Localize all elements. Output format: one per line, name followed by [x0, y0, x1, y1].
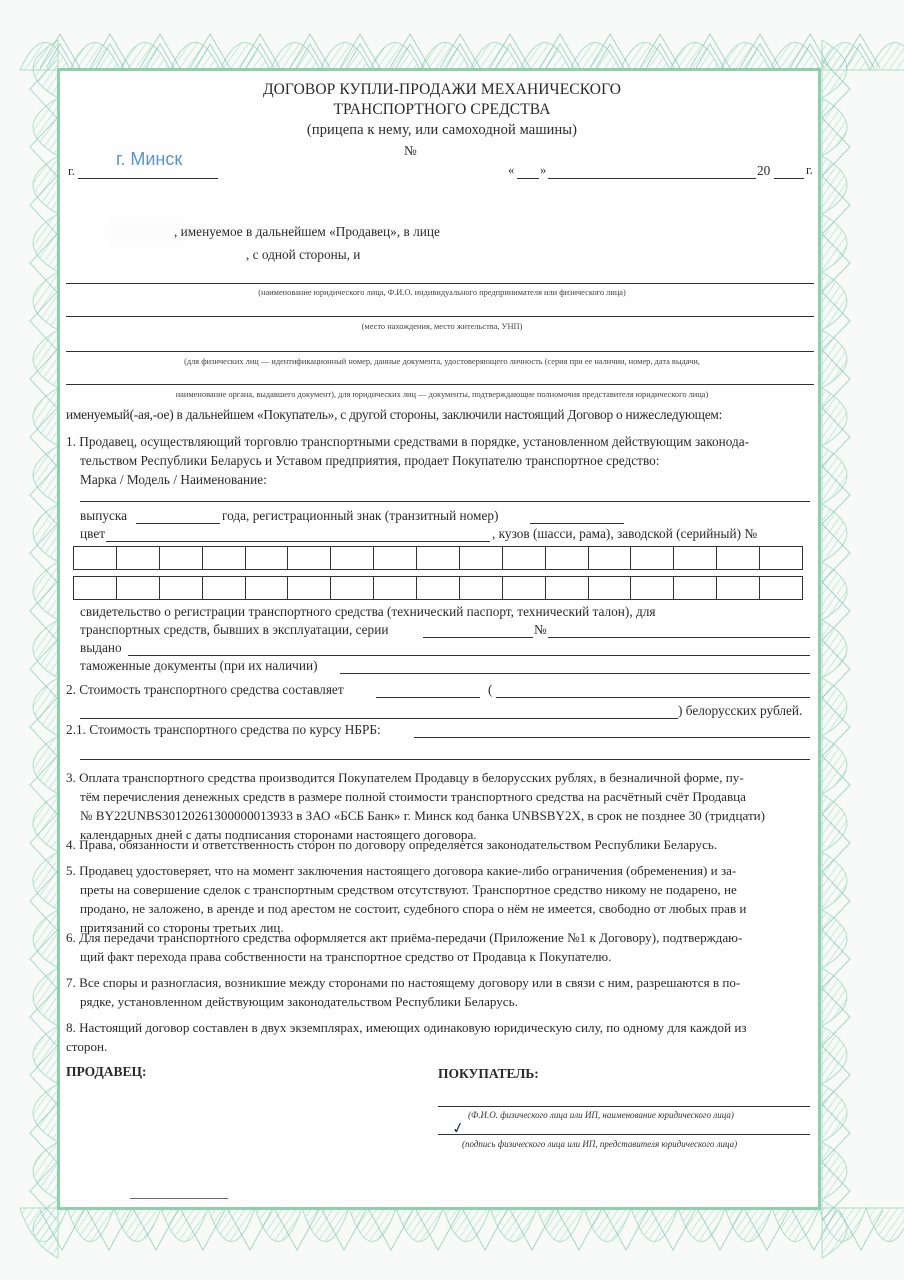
date-close-quote: »: [540, 163, 546, 178]
seller-signature-line[interactable]: [130, 1198, 228, 1199]
clause-line: продано, не заложено, в аренде и под аре…: [66, 899, 814, 918]
price-digits-line[interactable]: [376, 697, 480, 698]
vin-cell[interactable]: [203, 577, 246, 599]
clause-line: 8. Настоящий договор составлен в двух эк…: [66, 1018, 814, 1037]
clause-line: преты на совершение сделок с транспортны…: [66, 880, 814, 899]
document-frame: ДОГОВОР КУПЛИ-ПРОДАЖИ МЕХАНИЧЕСКОГО ТРАН…: [57, 68, 821, 1210]
vin-cell[interactable]: [631, 547, 674, 569]
day-line[interactable]: [517, 178, 539, 179]
buyer-intro: именуемый(-ая,-ое) в дальнейшем «Покупат…: [66, 407, 722, 423]
clause-4: 4. Права, обязанности и ответственность …: [66, 835, 814, 854]
month-line[interactable]: [548, 178, 756, 179]
issued-line[interactable]: [128, 655, 810, 656]
date-open-quote: «: [508, 163, 514, 178]
brand-label: Марка / Модель / Наименование:: [80, 472, 267, 488]
clause-2-line-1: 2. Стоимость транспортного средства сост…: [66, 682, 344, 698]
vin-cell[interactable]: [160, 547, 203, 569]
vin-cell[interactable]: [374, 577, 417, 599]
year-prefix: 20: [757, 163, 770, 179]
title-line-1: ДОГОВОР КУПЛИ-ПРОДАЖИ МЕХАНИЧЕСКОГО: [60, 81, 824, 99]
clause-1-line-1: 1. Продавец, осуществляющий торговлю тра…: [66, 434, 749, 450]
cert-series-line[interactable]: [423, 637, 533, 638]
year-of-manufacture-label: выпуска: [80, 508, 127, 524]
vin-cell[interactable]: [503, 577, 546, 599]
subtitle: (прицепа к нему, или самоходной машины): [60, 122, 824, 139]
cert-number-line[interactable]: [548, 637, 810, 638]
price-currency: ) белорусских рублей.: [678, 703, 802, 719]
vin-cell[interactable]: [246, 577, 289, 599]
cert-line-1: свидетельство о регистрации транспортног…: [80, 604, 656, 620]
price-words-line-1[interactable]: [496, 697, 810, 698]
vin-cell[interactable]: [331, 577, 374, 599]
vin-cell[interactable]: [74, 547, 117, 569]
color-label: цвет: [80, 526, 105, 542]
caption-buyer-name: (наименование юридического лица, Ф.И.О. …: [60, 288, 824, 297]
clause-line: щий факт перехода права собственности на…: [66, 947, 814, 966]
vin-cell[interactable]: [631, 577, 674, 599]
clause-6: 6. Для передачи транспортного средства о…: [66, 928, 814, 966]
vin-cell[interactable]: [674, 577, 717, 599]
caption-buyer-id-1: (для физических лиц — идентификационный …: [60, 357, 824, 366]
customs-label: таможенные документы (при их наличии): [80, 658, 318, 674]
contract-number-label: №: [404, 143, 417, 159]
year-line[interactable]: [774, 178, 804, 179]
vin-cell[interactable]: [503, 547, 546, 569]
checkmark-icon: ✓: [450, 1118, 466, 1139]
vin-box-row-2[interactable]: [73, 576, 803, 600]
brand-line[interactable]: [80, 501, 810, 502]
caption-buyer-address: (место нахождения, место жительства, УНП…: [60, 322, 824, 331]
buyer-id-line-2[interactable]: [66, 384, 814, 385]
seller-intro: , именуемое в дальнейшем «Продавец», в л…: [174, 224, 440, 240]
vin-cell[interactable]: [203, 547, 246, 569]
clause-line: рядке, установленном действующим законод…: [66, 992, 814, 1011]
clause-line: 7. Все споры и разногласия, возникшие ме…: [66, 973, 814, 992]
clause-3: 3. Оплата транспортного средства произво…: [66, 768, 814, 844]
customs-line[interactable]: [340, 673, 810, 674]
vin-cell[interactable]: [288, 547, 331, 569]
reg-plate-line[interactable]: [530, 523, 624, 524]
clause-line: № BY22UNBS30120261300000013933 в ЗАО «БС…: [66, 806, 814, 825]
buyer-name-caption: (Ф.И.О. физического лица или ИП, наимено…: [468, 1110, 734, 1120]
vin-cell[interactable]: [674, 547, 717, 569]
vin-cell[interactable]: [117, 577, 160, 599]
price-words-line-2[interactable]: [80, 718, 678, 719]
vin-cell[interactable]: [460, 577, 503, 599]
buyer-sign-caption: (подпись физического лица или ИП, предст…: [462, 1139, 737, 1149]
clause-line: 5. Продавец удостоверяет, что на момент …: [66, 861, 814, 880]
vin-cell[interactable]: [288, 577, 331, 599]
cert-line-2: транспортных средств, бывших в эксплуата…: [80, 622, 388, 638]
year-suffix: г.: [806, 163, 813, 178]
clause-2-1-label: 2.1. Стоимость транспортного средства по…: [66, 722, 381, 738]
price-open-paren: (: [488, 682, 492, 698]
vin-cell[interactable]: [760, 547, 802, 569]
vin-cell[interactable]: [331, 547, 374, 569]
buyer-id-line-1[interactable]: [66, 351, 814, 352]
vin-cell[interactable]: [546, 577, 589, 599]
seller-side: , с одной стороны, и: [246, 247, 360, 263]
vin-cell[interactable]: [460, 547, 503, 569]
clause-line: 4. Права, обязанности и ответственность …: [66, 835, 814, 854]
city-handwritten: г. Минск: [116, 149, 182, 170]
buyer-address-line[interactable]: [66, 316, 814, 317]
vin-cell[interactable]: [374, 547, 417, 569]
title-line-2: ТРАНСПОРТНОГО СРЕДСТВА: [60, 101, 824, 119]
city-prefix: г.: [68, 164, 75, 179]
clause-line: тём перечисления денежных средств в разм…: [66, 787, 814, 806]
seller-heading: ПРОДАВЕЦ:: [66, 1064, 147, 1080]
clause-5: 5. Продавец удостоверяет, что на момент …: [66, 861, 814, 937]
buyer-signature-line[interactable]: [438, 1134, 810, 1135]
issued-label: выдано: [80, 640, 122, 656]
buyer-name-line[interactable]: [66, 283, 814, 284]
vin-cell[interactable]: [589, 577, 632, 599]
body-number-label: , кузов (шасси, рама), заводской (серийн…: [492, 526, 757, 542]
clause-line: сторон.: [66, 1037, 814, 1056]
clause-line: 6. Для передачи транспортного средства о…: [66, 928, 814, 947]
vin-cell[interactable]: [417, 577, 460, 599]
vin-cell[interactable]: [546, 547, 589, 569]
nbrb-price-line-1[interactable]: [414, 737, 810, 738]
vin-cell[interactable]: [589, 547, 632, 569]
city-line[interactable]: [78, 178, 218, 179]
nbrb-price-line-2[interactable]: [80, 759, 810, 760]
vin-box-row-1[interactable]: [73, 546, 803, 570]
vin-cell[interactable]: [117, 547, 160, 569]
clause-1-line-2: тельством Республики Беларусь и Уставом …: [80, 453, 659, 469]
buyer-heading: ПОКУПАТЕЛЬ:: [438, 1066, 539, 1082]
buyer-name-sign-line[interactable]: [438, 1106, 810, 1107]
vin-cell[interactable]: [417, 547, 460, 569]
color-line[interactable]: [106, 541, 490, 542]
year-of-manufacture-line[interactable]: [136, 523, 220, 524]
vin-cell[interactable]: [246, 547, 289, 569]
vin-cell[interactable]: [760, 577, 802, 599]
cert-number-label: №: [534, 622, 547, 638]
clause-7: 7. Все споры и разногласия, возникшие ме…: [66, 973, 814, 1011]
clause-line: 3. Оплата транспортного средства произво…: [66, 768, 814, 787]
vin-cell[interactable]: [74, 577, 117, 599]
redacted-seller-name: [110, 221, 180, 243]
vin-cell[interactable]: [717, 577, 760, 599]
caption-buyer-id-2: наименование органа, выдавшего документ)…: [60, 390, 824, 399]
vin-cell[interactable]: [717, 547, 760, 569]
reg-plate-label: года, регистрационный знак (транзитный н…: [222, 508, 498, 524]
clause-8: 8. Настоящий договор составлен в двух эк…: [66, 1018, 814, 1056]
vin-cell[interactable]: [160, 577, 203, 599]
